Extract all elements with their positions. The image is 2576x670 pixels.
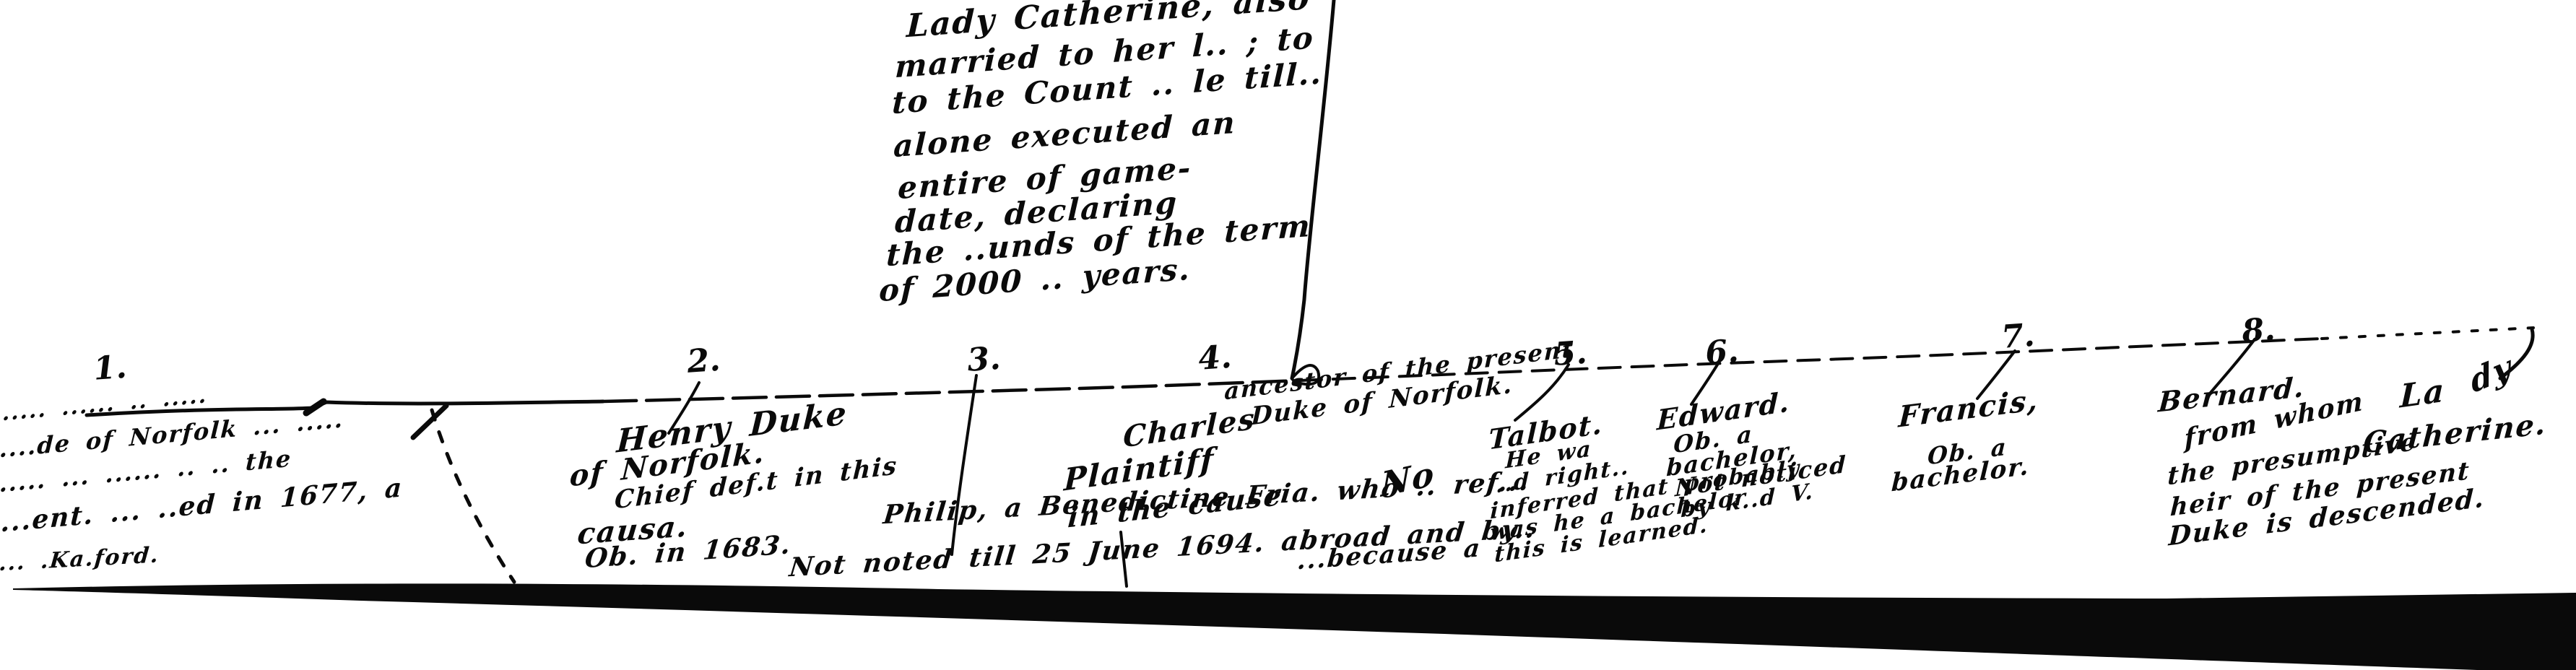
line-blot-2 (413, 406, 446, 438)
entry-9-line: La (2399, 375, 2445, 413)
dashed-descent-curve (432, 410, 514, 582)
branch-line-3 (952, 375, 976, 554)
entry-3-number: 3. (966, 343, 1002, 377)
generation-line-dotted-end (2322, 328, 2533, 339)
entry-8-number: 8. (2241, 314, 2276, 348)
branch-line-5 (1515, 365, 1569, 420)
entry-4-number: 4. (1197, 341, 1233, 375)
generation-line-middle (603, 380, 1300, 401)
pedigree-linework (0, 0, 2576, 670)
entry-1-number: 1. (92, 352, 128, 386)
entry-7-number: 7. (2000, 320, 2036, 354)
scan-artifact-band (13, 583, 2576, 670)
entry-6-number: 6. (1704, 336, 1740, 370)
entry-2-number: 2. (686, 344, 721, 378)
entry-5-number: 5. (1553, 337, 1588, 371)
scanned-pedigree-page: Lady Catherine, also married to her l.. … (0, 0, 2576, 670)
